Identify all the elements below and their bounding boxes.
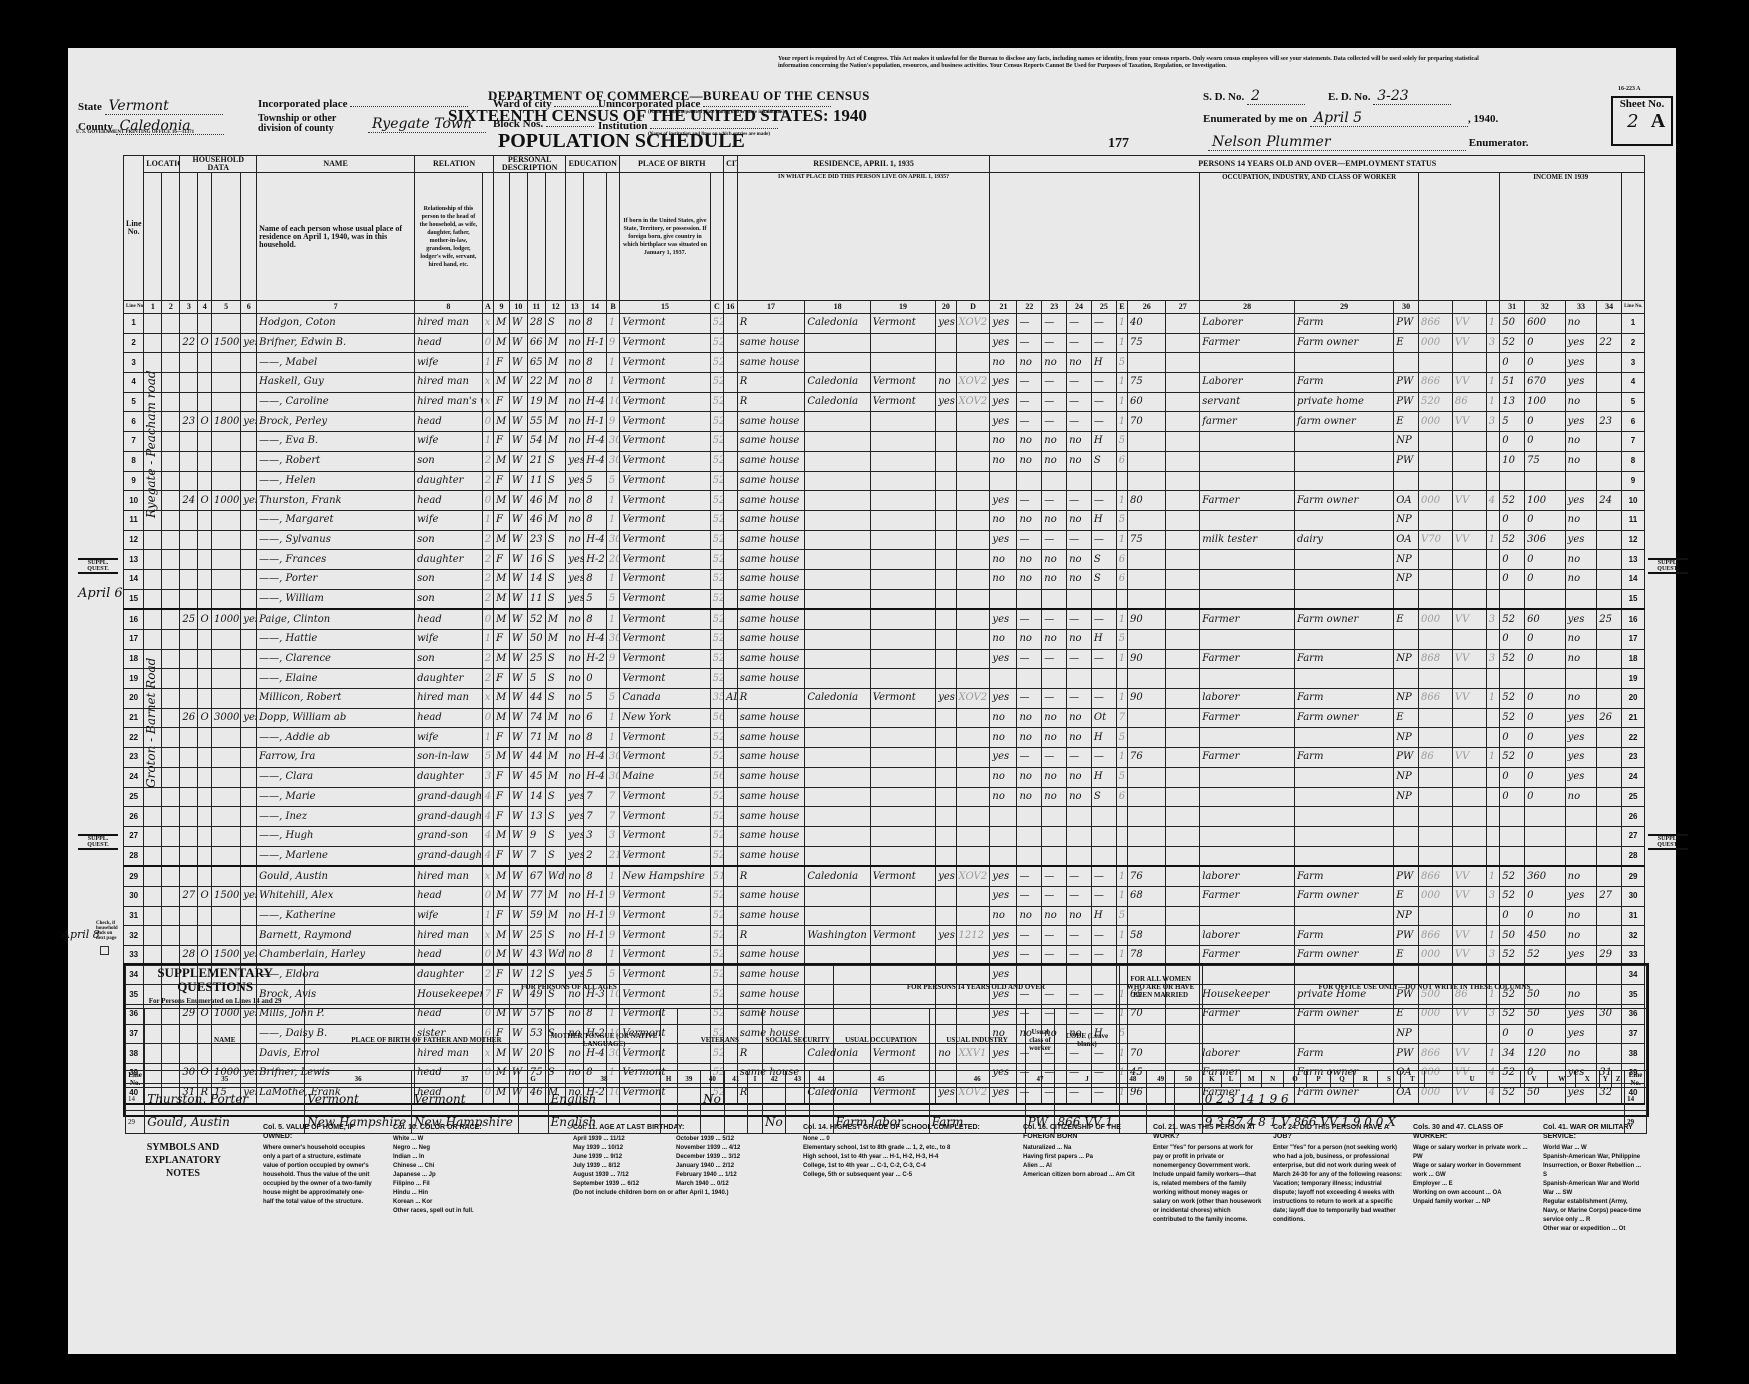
cell-f3: 1 — [1486, 689, 1500, 709]
cell-b: 30 — [606, 530, 620, 550]
cell-occ — [1200, 728, 1295, 748]
cell-c23 — [1042, 471, 1067, 491]
cell-cls — [1394, 630, 1419, 650]
cell-c33: yes — [1565, 530, 1597, 550]
cell-c25: — — [1091, 491, 1116, 511]
cell-r17: same house — [737, 748, 805, 768]
cell-r20 — [936, 708, 956, 728]
sheet-number-box: Sheet No. 2 A — [1611, 96, 1673, 146]
cell-c: 52 — [710, 826, 724, 846]
cell-occ — [1200, 767, 1295, 787]
cell-occ: Laborer — [1200, 373, 1295, 393]
cell-c34 — [1597, 589, 1622, 609]
cell-gr: 3 — [584, 826, 607, 846]
cell-r18 — [805, 906, 870, 926]
table-row: 1625O1000yesPaige, Clintonhead0MW52Mno81… — [124, 609, 1645, 629]
cell-cls: NP — [1394, 550, 1419, 570]
cell-r19 — [870, 550, 935, 570]
table-row: 3027O1500yesWhitehill, Alexhead0MW77MnoH… — [124, 886, 1645, 906]
cell-f1: 866 — [1419, 926, 1453, 946]
cell-b: 30 — [606, 767, 620, 787]
group-office-use: FOR OFFICE USE ONLY—DO NOT WRITE IN THES… — [1202, 966, 1646, 1009]
cell-r20: yes — [936, 392, 956, 412]
cell-sex: M — [494, 412, 510, 432]
cell-c22: no — [1017, 767, 1042, 787]
cell-c33: no — [1565, 432, 1597, 452]
cell-d — [956, 510, 990, 530]
cell-c25: — — [1091, 392, 1116, 412]
cell-birth: Vermont — [620, 471, 710, 491]
cell-mar: S — [545, 569, 565, 589]
cell-c22: — — [1017, 748, 1042, 768]
cell-cls: NP — [1394, 569, 1419, 589]
cell-c31: 0 — [1500, 767, 1525, 787]
cell-sex: M — [494, 649, 510, 669]
cell-name: ——, Caroline — [257, 392, 415, 412]
cell-c21 — [990, 846, 1017, 866]
cell-c27 — [1166, 609, 1200, 629]
cell-race: W — [509, 886, 527, 906]
sheet-header: Your report is required by Act of Congre… — [68, 48, 1676, 153]
cell-c27 — [1166, 530, 1200, 550]
line-number: 8 — [1622, 451, 1645, 471]
cell-name: ——, Addie ab — [257, 728, 415, 748]
cell-age: 44 — [527, 748, 545, 768]
cell-f2 — [1452, 846, 1486, 866]
cell-f3 — [1486, 630, 1500, 650]
supp-cell-father: Vermont — [305, 1088, 412, 1111]
cell-street — [144, 906, 162, 926]
cell-c: 52 — [710, 906, 724, 926]
supp-cell-cls — [1025, 1088, 1055, 1111]
cell-hh — [180, 353, 198, 373]
cell-name: Brock, Perley — [257, 412, 415, 432]
cell-hh — [180, 728, 198, 748]
cell-ind — [1294, 669, 1393, 689]
cell-house — [162, 689, 180, 709]
occupation-header: OCCUPATION, INDUSTRY, AND CLASS OF WORKE… — [1200, 173, 1419, 301]
cell-r17: same house — [737, 451, 805, 471]
cell-e — [1116, 826, 1127, 846]
cell-r18: Caledonia — [805, 373, 870, 393]
cell-c27 — [1166, 630, 1200, 650]
cell-birth: Vermont — [620, 589, 710, 609]
line-number: 9 — [124, 471, 144, 491]
cell-a: x — [482, 314, 493, 334]
cell-c33 — [1565, 669, 1597, 689]
cell-f3: 1 — [1486, 926, 1500, 946]
cell-hh — [180, 689, 198, 709]
cell-r17: same house — [737, 906, 805, 926]
cell-f1 — [1419, 826, 1453, 846]
cell-rel: son — [415, 569, 483, 589]
cell-c33 — [1565, 807, 1597, 827]
cell-ind — [1294, 510, 1393, 530]
cell-sch: no — [566, 748, 584, 768]
supplementary-title: SUPPLEMENTARY QUESTIONS For Persons Enum… — [126, 966, 305, 1009]
cell-age: 13 — [527, 807, 545, 827]
cell-house — [162, 767, 180, 787]
cell-c22: — — [1017, 689, 1042, 709]
cell-c22: no — [1017, 550, 1042, 570]
cell-name: Hodgon, Coton — [257, 314, 415, 334]
cell-c24 — [1067, 589, 1092, 609]
table-row: 19——, Elainedaughter2FW5Sno0Vermont52sam… — [124, 669, 1645, 689]
cell-birth: New York — [620, 708, 710, 728]
cell-r18: Caledonia — [805, 689, 870, 709]
cell-name: ——, Sylvanus — [257, 530, 415, 550]
cell-c23 — [1042, 589, 1067, 609]
cell-d — [956, 412, 990, 432]
cell-c26 — [1128, 787, 1166, 807]
cell-name: ——, Marie — [257, 787, 415, 807]
cell-c21 — [990, 471, 1017, 491]
cell-cls: NP — [1394, 649, 1419, 669]
cell-b: 9 — [606, 926, 620, 946]
cell-farm: yes — [241, 412, 257, 432]
cell-c27 — [1166, 649, 1200, 669]
cell-c31: 52 — [1500, 491, 1525, 511]
cell-c32 — [1525, 807, 1566, 827]
cell-gr: 5 — [584, 589, 607, 609]
cell-r18 — [805, 669, 870, 689]
cell-c31 — [1500, 471, 1525, 491]
line-number: 23 — [124, 748, 144, 768]
cell-e: 1 — [1116, 866, 1127, 886]
cell-c25: — — [1091, 412, 1116, 432]
cell-c24: — — [1067, 412, 1092, 432]
cell-r19 — [870, 846, 935, 866]
cell-b: 20 — [606, 550, 620, 570]
cell-r17: same house — [737, 471, 805, 491]
cell-c33: no — [1565, 926, 1597, 946]
cell-e — [1116, 669, 1127, 689]
cell-cls — [1394, 589, 1419, 609]
cell-rel: wife — [415, 353, 483, 373]
cell-c24: no — [1067, 569, 1092, 589]
cell-c21 — [990, 589, 1017, 609]
cell-c33: no — [1565, 649, 1597, 669]
suppl-quest-tag-14: SUPPL. QUEST. — [78, 558, 118, 574]
cell-age: 74 — [527, 708, 545, 728]
cell-ind — [1294, 569, 1393, 589]
cell-mar: M — [545, 886, 565, 906]
cell-r19 — [870, 728, 935, 748]
cell-c26: 75 — [1128, 530, 1166, 550]
cell-race: W — [509, 846, 527, 866]
cell-cls — [1394, 353, 1419, 373]
cell-b: 9 — [606, 886, 620, 906]
cell-cls: NP — [1394, 906, 1419, 926]
cell-c34 — [1597, 787, 1622, 807]
cell-mar: S — [545, 787, 565, 807]
cell-e: 1 — [1116, 748, 1127, 768]
suppl-quest-tag-29: SUPPL. QUEST. — [78, 834, 118, 850]
cell-hh — [180, 314, 198, 334]
cell-c32: 60 — [1525, 609, 1566, 629]
cell-c21 — [990, 826, 1017, 846]
cell-gr: 7 — [584, 807, 607, 827]
cell-c: 52 — [710, 589, 724, 609]
cell-mar: M — [545, 728, 565, 748]
cell-val — [211, 926, 240, 946]
cell-val — [211, 471, 240, 491]
cell-race: W — [509, 669, 527, 689]
cell-age: 14 — [527, 569, 545, 589]
cell-c32: 0 — [1525, 748, 1566, 768]
cell-c26: 60 — [1128, 392, 1166, 412]
cell-c31: 51 — [1500, 373, 1525, 393]
cell-name: Whitehill, Alex — [257, 886, 415, 906]
cell-r20: yes — [936, 866, 956, 886]
cell-own — [198, 649, 212, 669]
cell-c32: 0 — [1525, 412, 1566, 432]
cell-c24: no — [1067, 451, 1092, 471]
cell-house — [162, 451, 180, 471]
cell-hh: 24 — [180, 491, 198, 511]
household-ends-checkbox[interactable] — [100, 946, 109, 955]
cell-c21: no — [990, 550, 1017, 570]
cell-c26 — [1128, 432, 1166, 452]
cell-age: 55 — [527, 412, 545, 432]
line-number: 26 — [124, 807, 144, 827]
cell-birth: Vermont — [620, 451, 710, 471]
cell-c32: 0 — [1525, 787, 1566, 807]
cell-c24: no — [1067, 728, 1092, 748]
cell-c24 — [1067, 846, 1092, 866]
cell-c31 — [1500, 669, 1525, 689]
cell-sch: yes — [566, 846, 584, 866]
note-col11: Col. 11. AGE AT LAST BIRTHDAY:April 1939… — [573, 1123, 773, 1198]
cell-f3 — [1486, 510, 1500, 530]
cell-cit — [724, 392, 738, 412]
cell-street — [144, 926, 162, 946]
cell-mar: M — [545, 708, 565, 728]
cell-c26 — [1128, 630, 1166, 650]
cell-farm — [241, 589, 257, 609]
cell-gr: 8 — [584, 728, 607, 748]
cell-birth: Vermont — [620, 669, 710, 689]
cell-c21: no — [990, 767, 1017, 787]
cell-r19 — [870, 708, 935, 728]
line-number: 10 — [124, 491, 144, 511]
cell-a: 1 — [482, 353, 493, 373]
cell-occ: Farmer — [1200, 886, 1295, 906]
cell-r17: R — [737, 689, 805, 709]
cell-e — [1116, 846, 1127, 866]
line-number: 3 — [124, 353, 144, 373]
cell-c23 — [1042, 807, 1067, 827]
cell-street — [144, 748, 162, 768]
cell-b: 7 — [606, 807, 620, 827]
cell-hh — [180, 807, 198, 827]
cell-mar: S — [545, 451, 565, 471]
enumerated-date: April 5 — [1310, 110, 1468, 127]
cell-occ: farmer — [1200, 412, 1295, 432]
cell-sex: F — [494, 846, 510, 866]
supplementary-section: SUPPLEMENTARY QUESTIONS For Persons Enum… — [123, 963, 1649, 1117]
line-number: 2 — [124, 333, 144, 353]
cell-c34 — [1597, 906, 1622, 926]
table-row: 1024O1000yesThurston, Frankhead0MW46Mno8… — [124, 491, 1645, 511]
subheader-row: Name of each person whose usual place of… — [124, 173, 1645, 301]
cell-name: ——, Elaine — [257, 669, 415, 689]
cell-age: 54 — [527, 432, 545, 452]
cell-race: W — [509, 787, 527, 807]
cell-cit — [724, 906, 738, 926]
cell-occ: laborer — [1200, 926, 1295, 946]
date-note-april8: April 8 — [62, 928, 100, 941]
cell-r19 — [870, 630, 935, 650]
line-number: 4 — [1622, 373, 1645, 393]
cell-c33: yes — [1565, 886, 1597, 906]
cell-mar: Wd — [545, 866, 565, 886]
cell-ind: Farm — [1294, 866, 1393, 886]
cell-c25: S — [1091, 787, 1116, 807]
incorporated-field: Incorporated place — [258, 98, 468, 110]
cell-val — [211, 689, 240, 709]
cell-sex: F — [494, 767, 510, 787]
cell-c31: 10 — [1500, 451, 1525, 471]
note-col10: Col. 10. COLOR OR RACE:White ... WNegro … — [393, 1123, 543, 1216]
cell-hh — [180, 826, 198, 846]
cell-f2: VV — [1452, 689, 1486, 709]
cell-c34 — [1597, 649, 1622, 669]
cell-occ — [1200, 630, 1295, 650]
cell-hh — [180, 866, 198, 886]
cell-c25: — — [1091, 926, 1116, 946]
cell-street — [144, 471, 162, 491]
cell-c27 — [1166, 451, 1200, 471]
cell-cit — [724, 826, 738, 846]
cell-e: 6 — [1116, 451, 1127, 471]
cell-f2 — [1452, 807, 1486, 827]
group-citizenship: CIT. — [724, 156, 738, 173]
table-row: 8——, Robertson2MW21SyesH-430Vermont52sam… — [124, 451, 1645, 471]
cell-sex: F — [494, 906, 510, 926]
cell-f2 — [1452, 767, 1486, 787]
cell-street — [144, 451, 162, 471]
cell-name: ——, Marlene — [257, 846, 415, 866]
table-row: 18——, Clarenceson2MW25SnoH-29Vermont52sa… — [124, 649, 1645, 669]
cell-house — [162, 569, 180, 589]
cell-hh — [180, 926, 198, 946]
line-number: 24 — [124, 767, 144, 787]
cell-e: 5 — [1116, 353, 1127, 373]
cell-name: ——, Margaret — [257, 510, 415, 530]
cell-r18 — [805, 471, 870, 491]
cell-c23: no — [1042, 432, 1067, 452]
cell-sex: F — [494, 353, 510, 373]
supp-cell-c42 — [762, 1088, 785, 1111]
cell-race: W — [509, 392, 527, 412]
table-row: 14——, Porterson2MW14Syes81Vermont52same … — [124, 569, 1645, 589]
cell-c34 — [1597, 826, 1622, 846]
cell-c33: no — [1565, 689, 1597, 709]
line-number: 4 — [124, 373, 144, 393]
cell-sex: M — [494, 373, 510, 393]
cell-sch: no — [566, 353, 584, 373]
cell-sch: yes — [566, 471, 584, 491]
cell-own: O — [198, 886, 212, 906]
cell-c23: no — [1042, 728, 1067, 748]
cell-b: 9 — [606, 333, 620, 353]
cell-cls — [1394, 669, 1419, 689]
cell-name: ——, Eva B. — [257, 432, 415, 452]
cell-own — [198, 748, 212, 768]
cell-a: 1 — [482, 510, 493, 530]
cell-val — [211, 807, 240, 827]
cell-mar: M — [545, 510, 565, 530]
cell-rel: hired man — [415, 926, 483, 946]
cell-c22: — — [1017, 886, 1042, 906]
cell-c33: yes — [1565, 412, 1597, 432]
cell-ind: Farm owner — [1294, 491, 1393, 511]
cell-c33: no — [1565, 569, 1597, 589]
cell-c: 52 — [710, 569, 724, 589]
cell-b: 30 — [606, 630, 620, 650]
cell-race: W — [509, 767, 527, 787]
cell-occ: Laborer — [1200, 314, 1295, 334]
cell-b: 5 — [606, 689, 620, 709]
cell-r17: same house — [737, 333, 805, 353]
cell-sex: F — [494, 807, 510, 827]
cell-c22: no — [1017, 906, 1042, 926]
cell-cit — [724, 748, 738, 768]
cell-c26: 76 — [1128, 866, 1166, 886]
cell-c34 — [1597, 846, 1622, 866]
cell-c: 52 — [710, 846, 724, 866]
cell-c24 — [1067, 471, 1092, 491]
cell-street — [144, 569, 162, 589]
cell-c21: yes — [990, 373, 1017, 393]
cell-farm — [241, 510, 257, 530]
cell-c21: yes — [990, 314, 1017, 334]
cell-birth: Vermont — [620, 412, 710, 432]
cell-c25: H — [1091, 728, 1116, 748]
cell-c21: yes — [990, 866, 1017, 886]
cell-cls — [1394, 807, 1419, 827]
cell-rel: daughter — [415, 767, 483, 787]
table-row: 31——, Katherinewife1FW59MnoH-19Vermont52… — [124, 906, 1645, 926]
cell-street — [144, 630, 162, 650]
cell-sex: M — [494, 689, 510, 709]
cell-r17: R — [737, 392, 805, 412]
cell-cit — [724, 510, 738, 530]
cell-c: 52 — [710, 728, 724, 748]
cell-r20 — [936, 432, 956, 452]
cell-race: W — [509, 412, 527, 432]
cell-c34 — [1597, 569, 1622, 589]
cell-b: 9 — [606, 412, 620, 432]
cell-occ: Farmer — [1200, 748, 1295, 768]
cell-r17: same house — [737, 649, 805, 669]
cell-val — [211, 866, 240, 886]
line-number: 20 — [1622, 689, 1645, 709]
cell-gr: H-1 — [584, 906, 607, 926]
cell-sex: M — [494, 826, 510, 846]
cell-c: 52 — [710, 926, 724, 946]
symbols-title: SYMBOLS AND EXPLANATORY NOTES — [143, 1141, 223, 1180]
cell-r20 — [936, 728, 956, 748]
cell-cit — [724, 767, 738, 787]
cell-r20: no — [936, 373, 956, 393]
cell-sch: yes — [566, 787, 584, 807]
cell-age: 28 — [527, 314, 545, 334]
cell-c31 — [1500, 807, 1525, 827]
cell-c34: 25 — [1597, 609, 1622, 629]
cell-race: W — [509, 550, 527, 570]
